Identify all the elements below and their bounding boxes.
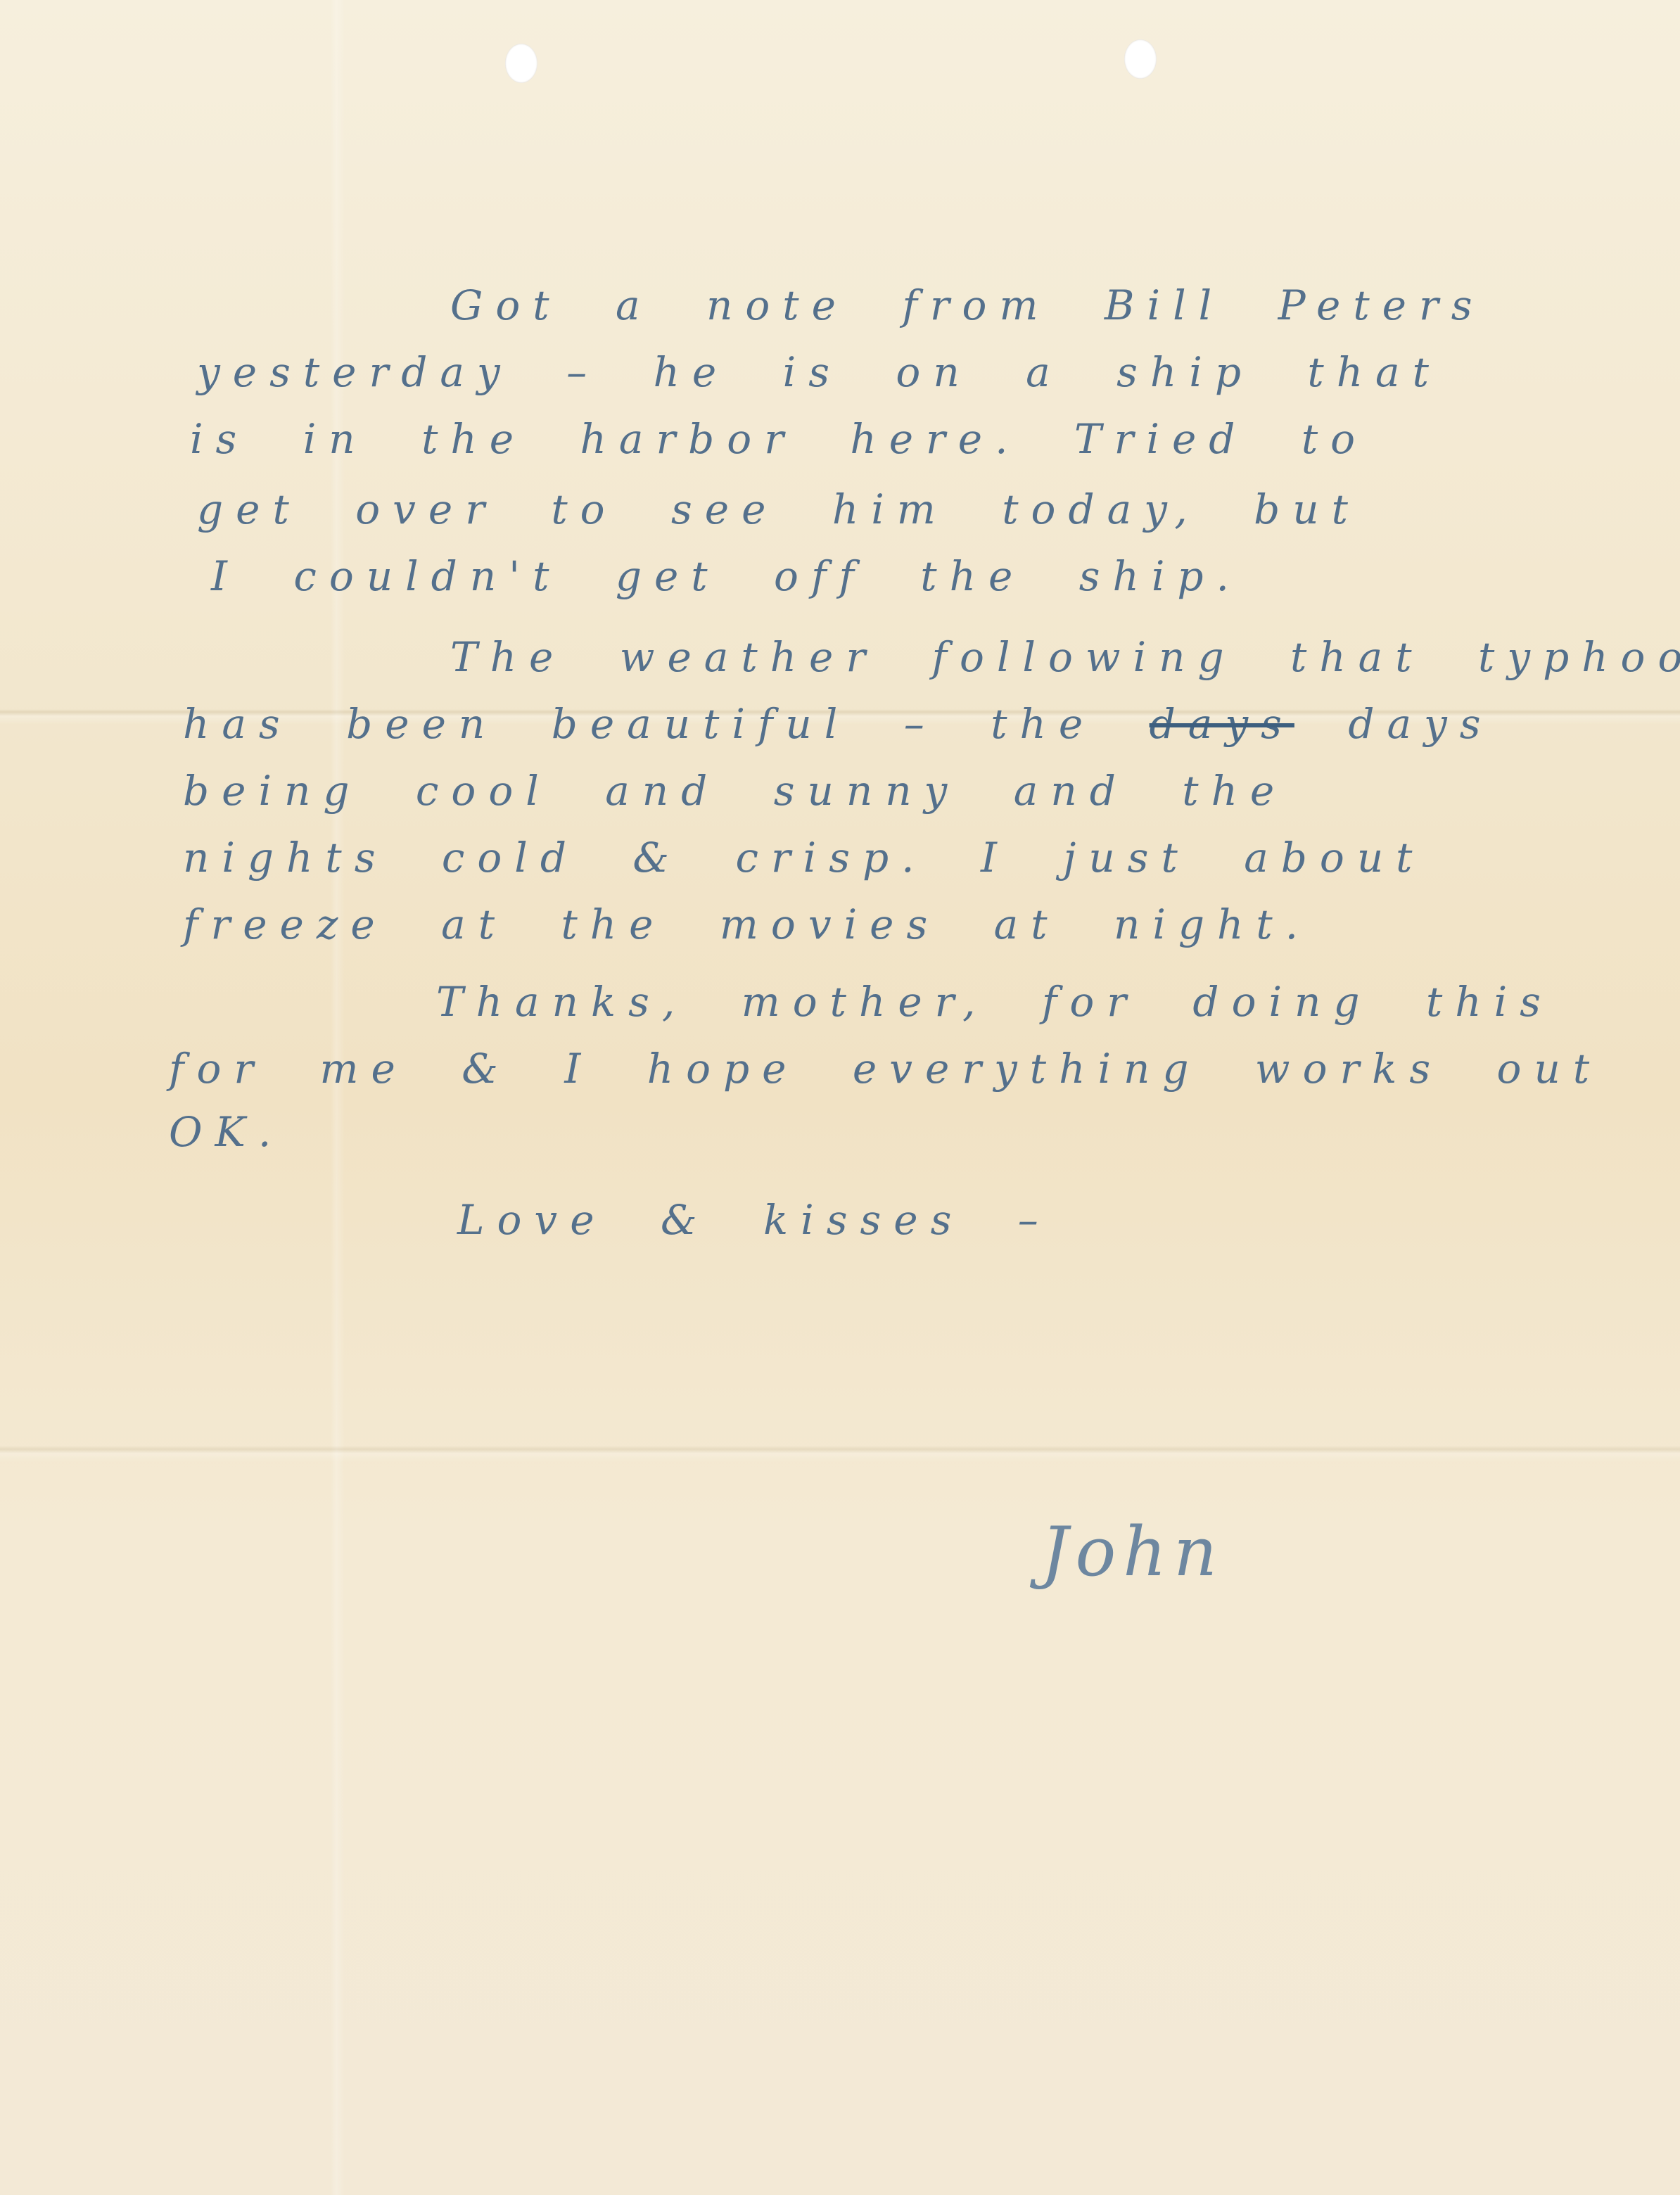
letter-line: for me & I hope everything works out [169,1045,1602,1108]
letter-line: being cool and sunny and the [183,767,1287,830]
letter-text: days [1348,700,1493,748]
signature: John [1041,1513,1224,1591]
letter-line: is in the harbor here. Tried to [190,415,1368,478]
letter-text: has been beautiful – the [183,700,1095,748]
struck-out-word: days [1150,700,1294,748]
letter-line: get over to see him today, but [197,485,1361,549]
letter-line: has been beautiful – the days days [183,700,1494,763]
letter-line: Got a note from Bill Peters [450,281,1484,345]
letter-page: Got a note from Bill Peters yesterday – … [0,0,1680,2195]
punch-hole-left [505,44,537,83]
punch-hole-right [1124,39,1157,79]
letter-line: freeze at the movies at night. [183,901,1311,964]
letter-line: yesterday – he is on a ship that [197,348,1442,412]
letter-line: nights cold & crisp. I just about [183,834,1425,897]
letter-closing: Love & kisses – [457,1196,1051,1259]
letter-line: Thanks, mother, for doing this [436,978,1553,1041]
letter-line: OK. [169,1108,284,1171]
letter-line: I couldn't get off the ship. [211,552,1242,616]
letter-line: The weather following that typhoon [450,633,1680,696]
